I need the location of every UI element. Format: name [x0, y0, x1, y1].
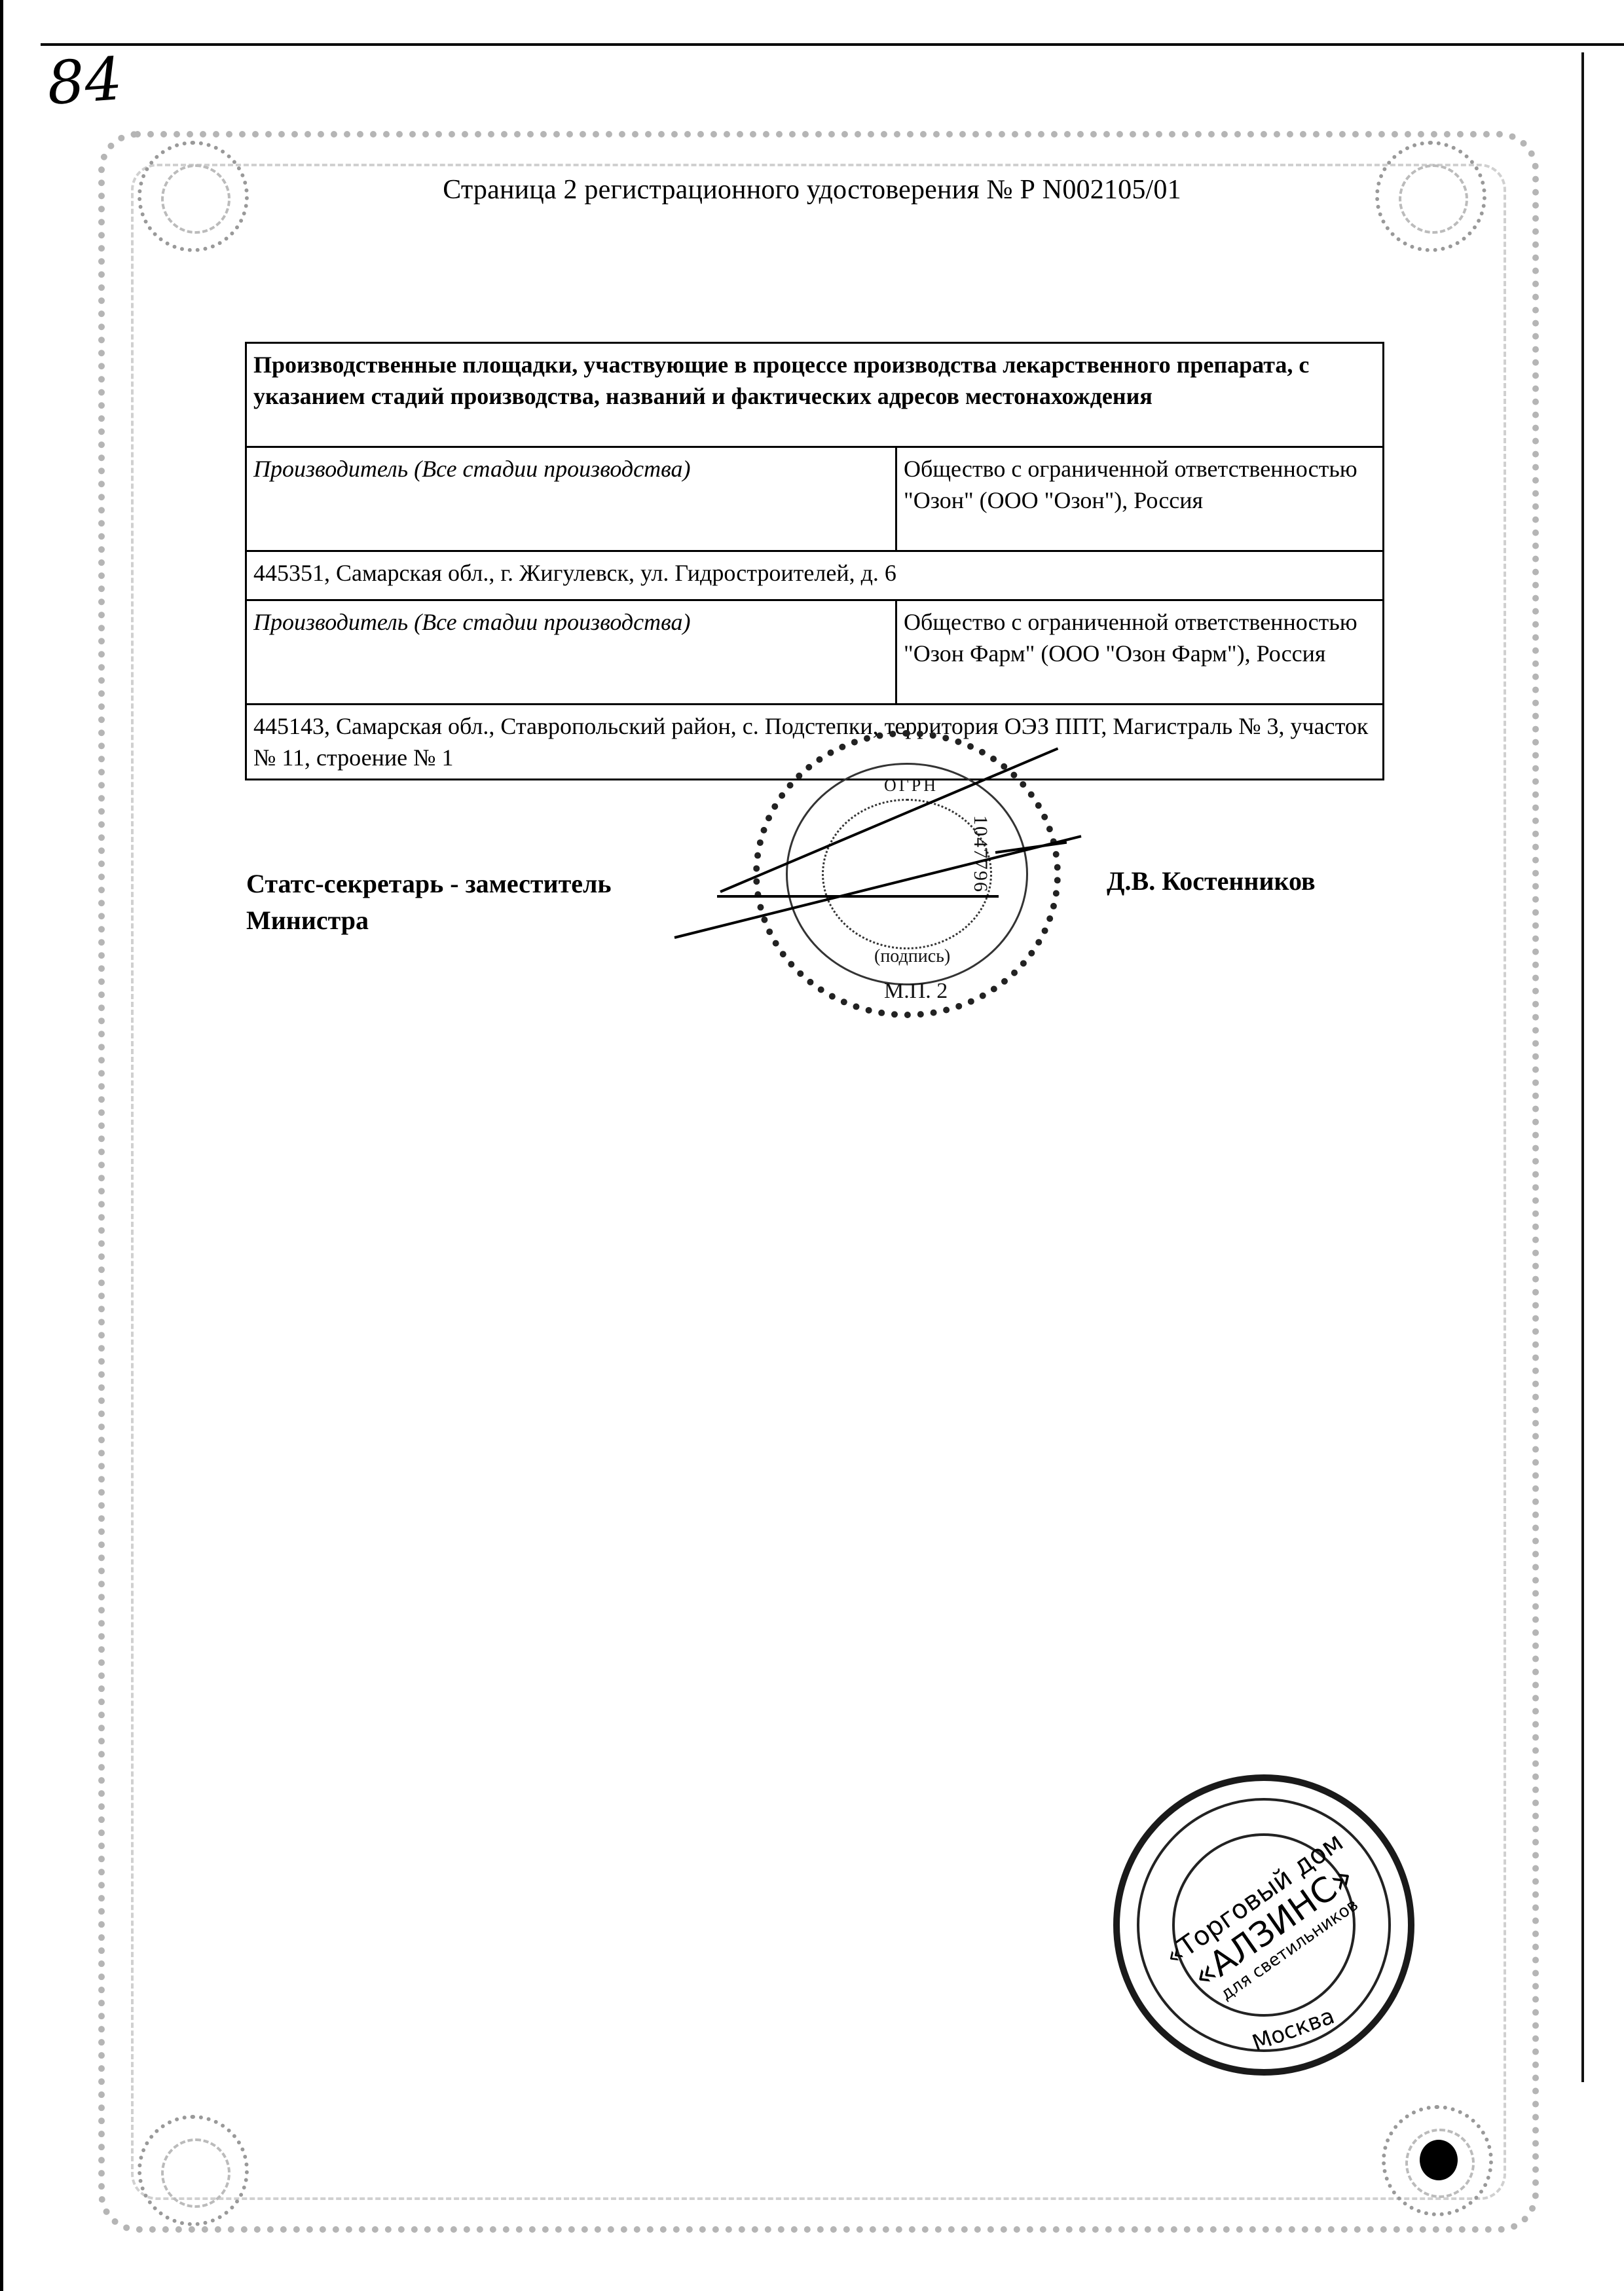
scan-edge-left [0, 0, 3, 2291]
table-header: Производственные площадки, участвующие в… [246, 343, 1384, 447]
table-row: Производитель (Все стадии производства) … [246, 447, 1384, 551]
page-title: Страница 2 регистрационного удостоверени… [0, 174, 1624, 206]
signatory-title-line2: Министра [246, 902, 612, 939]
company-stamp: «Торговый дом «АЛЗИНС» для светильников … [1113, 1774, 1414, 2076]
manufacturer-organization: Общество с ограниченной ответственностью… [896, 600, 1384, 705]
production-sites-table: Производственные площадки, участвующие в… [245, 342, 1384, 780]
seal-inner-ring [822, 799, 992, 949]
mp-suffix: 2 [936, 979, 948, 1003]
scan-edge-right [1581, 52, 1584, 2082]
manufacturer-organization: Общество с ограниченной ответственностью… [896, 447, 1384, 551]
handwritten-page-number: 84 [45, 45, 124, 119]
seal-mp-label: М.П. 2 [884, 979, 948, 1004]
signature-stroke [717, 895, 999, 898]
scan-edge-top [41, 43, 1624, 46]
official-seal: ОГРН 1047796 (подпись) М.П. 2 [753, 730, 1061, 1018]
seal-ogrn-label: ОГРН [884, 776, 938, 796]
signatory-title: Статс-секретарь - заместитель Министра [246, 866, 612, 939]
punch-hole-mark [1420, 2140, 1458, 2180]
mp-text: М.П. [884, 979, 931, 1003]
table-header-row: Производственные площадки, участвующие в… [246, 343, 1384, 447]
manufacturer-role: Производитель (Все стадии производства) [246, 600, 896, 705]
corner-rosette-icon [138, 2115, 249, 2226]
table-row: 445351, Самарская обл., г. Жигулевск, ул… [246, 551, 1384, 600]
signatory-title-line1: Статс-секретарь - заместитель [246, 866, 612, 902]
manufacturer-role: Производитель (Все стадии производства) [246, 447, 896, 551]
table-row: Производитель (Все стадии производства) … [246, 600, 1384, 705]
seal-signature-label: (подпись) [874, 946, 950, 967]
manufacturer-address: 445351, Самарская обл., г. Жигулевск, ул… [246, 551, 1384, 600]
signatory-name: Д.В. Костенников [1107, 866, 1316, 896]
seal-number: 1047796 [969, 815, 991, 893]
